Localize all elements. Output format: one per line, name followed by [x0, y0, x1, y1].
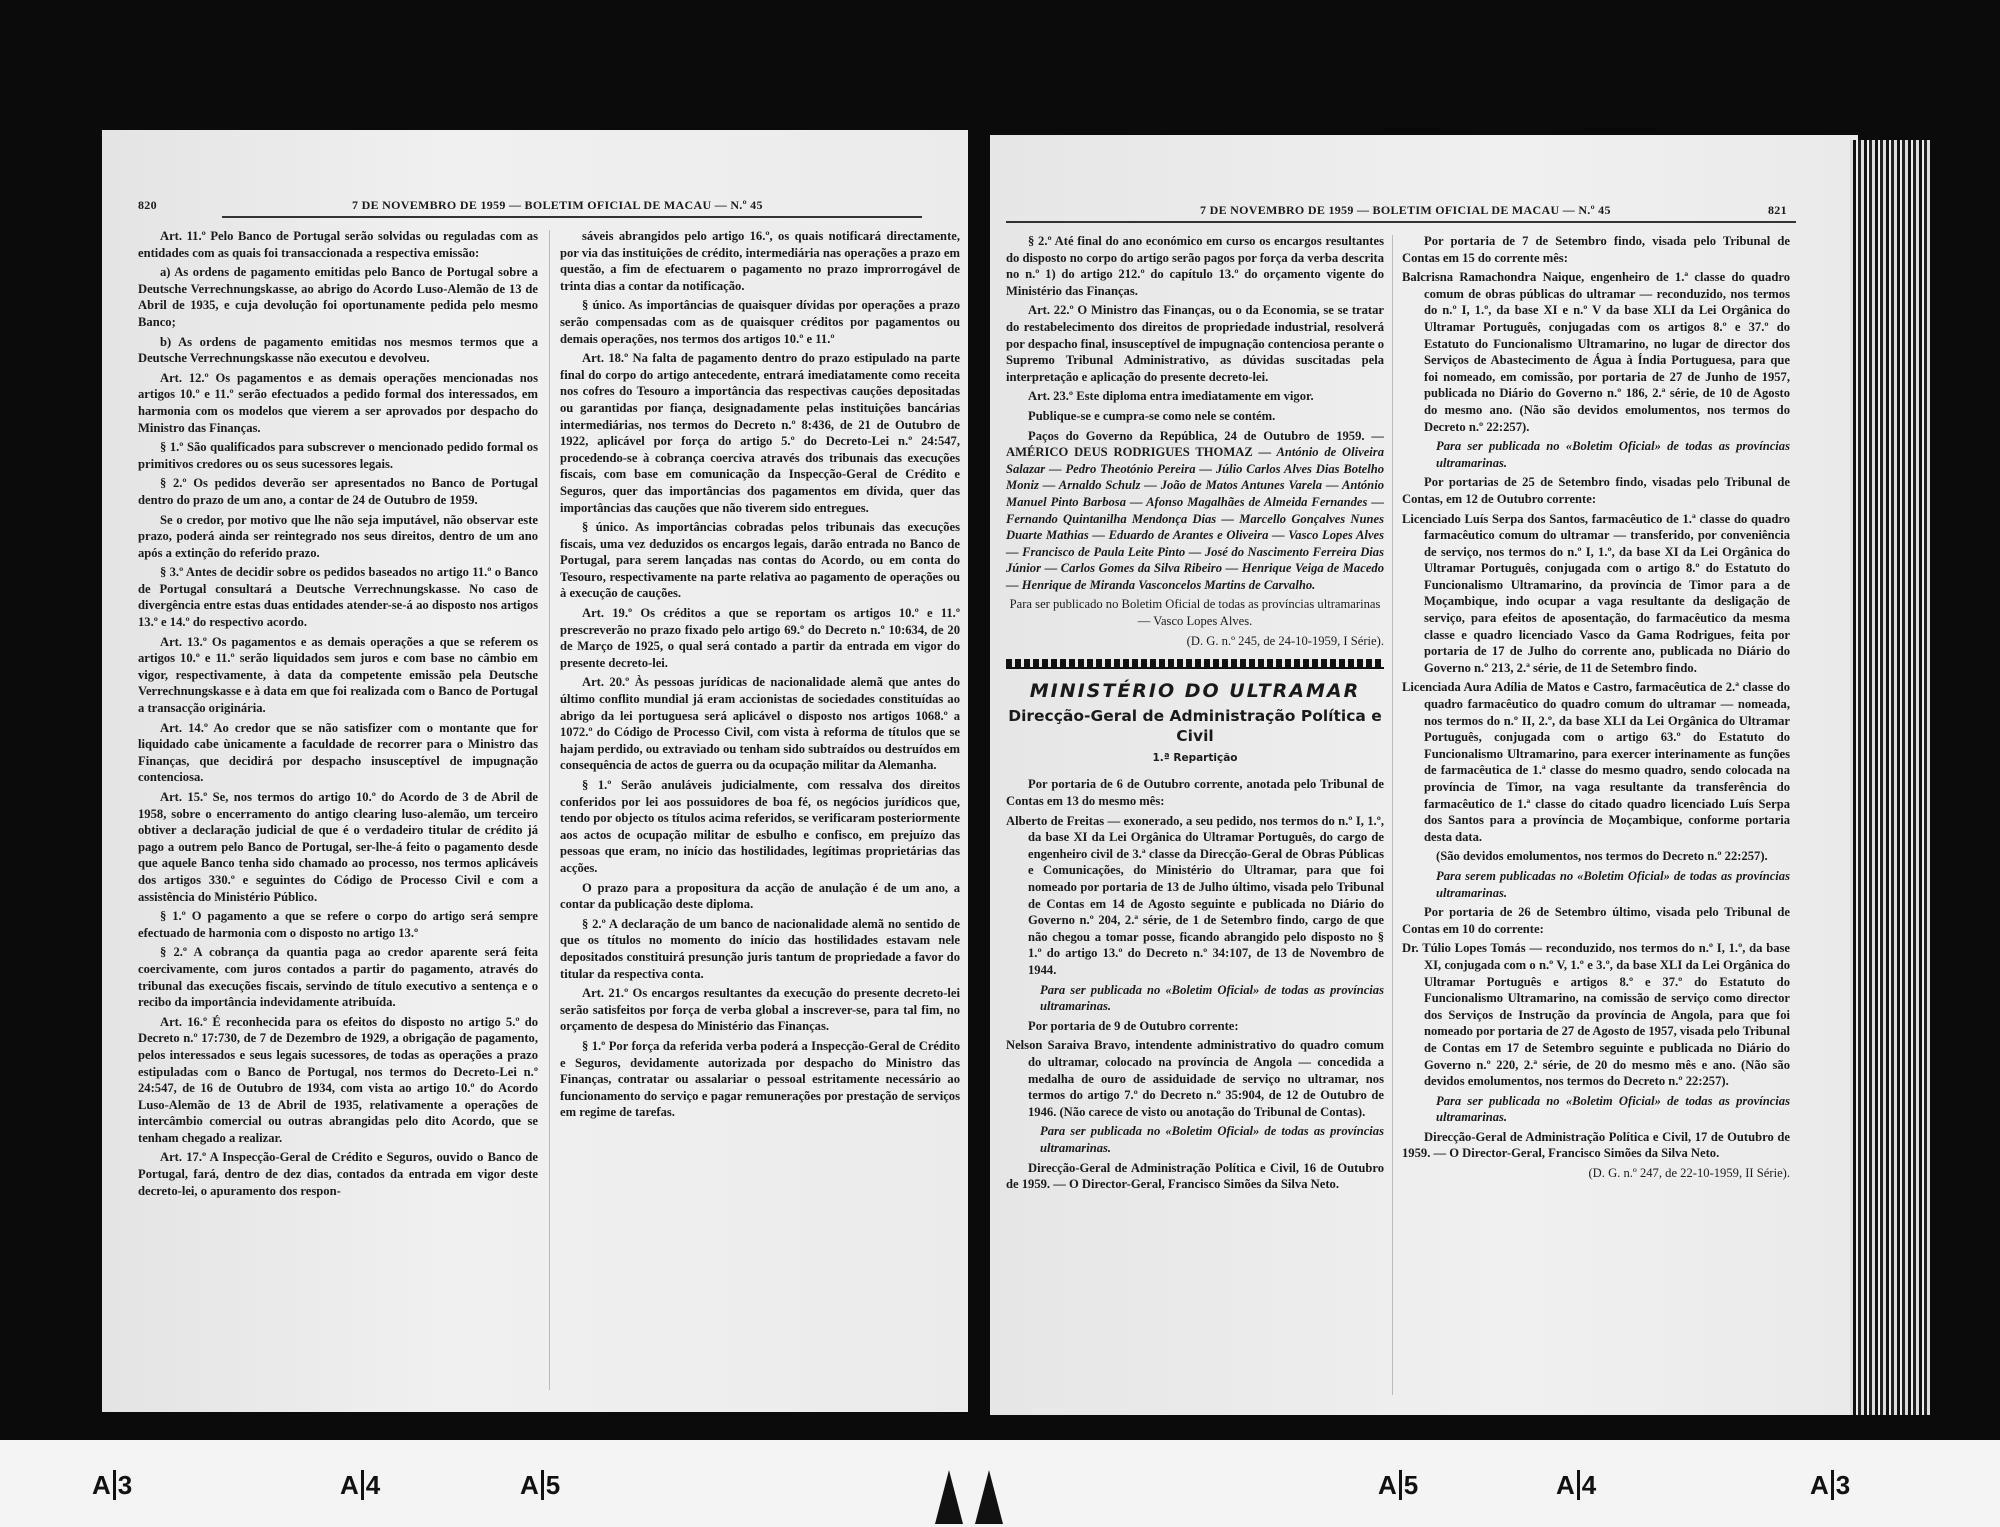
paragraph: Nelson Saraiva Bravo, intendente adminis… — [1006, 1037, 1384, 1120]
paragraph: Para serem publicadas no «Boletim Oficia… — [1402, 868, 1790, 901]
paragraph: (São devidos emolumentos, nos termos do … — [1402, 848, 1790, 865]
paragraph: Art. 19.º Os créditos a que se reportam … — [560, 605, 960, 671]
signature-block: Paços do Governo da República, 24 de Out… — [1006, 428, 1384, 594]
paragraph: Publique-se e cumpra-se como nele se con… — [1006, 408, 1384, 425]
paragraph: § 2.º Até final do ano económico em curs… — [1006, 233, 1384, 299]
section-divider — [1006, 659, 1384, 669]
right-page: 7 DE NOVEMBRO DE 1959 — BOLETIM OFICIAL … — [990, 135, 1858, 1420]
page-number-right: 821 — [1768, 203, 1787, 218]
paragraph: Art. 16.º É reconhecida para os efeitos … — [138, 1014, 538, 1147]
paragraph: b) As ordens de pagamento emitidas nos m… — [138, 334, 538, 367]
center-marker-left — [935, 1470, 963, 1524]
dg-reference: (D. G. n.º 245, de 24-10-1959, I Série). — [1006, 633, 1384, 650]
paragraph: O prazo para a propositura da acção de a… — [560, 880, 960, 913]
paragraph: Para ser publicada no «Boletim Oficial» … — [1006, 982, 1384, 1015]
paragraph: Art. 12.º Os pagamentos e as demais oper… — [138, 370, 538, 436]
column-divider — [549, 230, 550, 1390]
paragraph: § 2.º A declaração de um banco de nacion… — [560, 916, 960, 982]
paragraph: § 2.º Os pedidos deverão ser apresentado… — [138, 475, 538, 508]
paragraph: Art. 17.º A Inspecção-Geral de Crédito e… — [138, 1149, 538, 1199]
paragraph: Art. 11.º Pelo Banco de Portugal serão s… — [138, 228, 538, 261]
header-rule — [222, 216, 922, 218]
direction-title: Direcção-Geral de Administração Política… — [1006, 706, 1384, 746]
paragraph: § 1.º Por força da referida verba poderá… — [560, 1038, 960, 1121]
left-column-2: sáveis abrangidos pelo artigo 16.º, os q… — [560, 228, 960, 1124]
paragraph: Licenciado Luís Serpa dos Santos, farmac… — [1402, 511, 1790, 677]
paragraph: Art. 20.º Às pessoas jurídicas de nacion… — [560, 674, 960, 774]
paragraph: Art. 14.º Ao credor que se não satisfize… — [138, 720, 538, 786]
left-column-1: Art. 11.º Pelo Banco de Portugal serão s… — [138, 228, 538, 1202]
section-title: 1.ª Repartição — [1006, 750, 1384, 767]
ministry-title: MINISTÉRIO DO ULTRAMAR — [1006, 683, 1384, 700]
paragraph: sáveis abrangidos pelo artigo 16.º, os q… — [560, 228, 960, 294]
paragraph: § único. As importâncias de quaisquer dí… — [560, 297, 960, 347]
paragraph: Dr. Túlio Lopes Tomás — reconduzido, nos… — [1402, 940, 1790, 1089]
paragraph: Art. 18.º Na falta de pagamento dentro d… — [560, 350, 960, 516]
paragraph: Por portarias de 25 de Setembro findo, v… — [1402, 474, 1790, 507]
paragraph: Direcção-Geral de Administração Política… — [1402, 1129, 1790, 1162]
paragraph: Alberto de Freitas — exonerado, a seu pe… — [1006, 813, 1384, 979]
paragraph: § 1.º Serão anuláveis judicialmente, com… — [560, 777, 960, 877]
film-marker: A5 — [1378, 1470, 1418, 1501]
paragraph: a) As ordens de pagamento emitidas pelo … — [138, 264, 538, 330]
paragraph: § 1.º O pagamento a que se refere o corp… — [138, 908, 538, 941]
paragraph: Direcção-Geral de Administração Política… — [1006, 1160, 1384, 1193]
paragraph: § único. As importâncias cobradas pelos … — [560, 519, 960, 602]
column-divider — [1392, 235, 1393, 1395]
page-number-left: 820 — [138, 198, 157, 213]
paragraph: Para ser publicada no «Boletim Oficial» … — [1402, 1093, 1790, 1126]
film-marker: A4 — [1556, 1470, 1596, 1501]
paragraph: Art. 23.º Este diploma entra imediatamen… — [1006, 388, 1384, 405]
left-page: 820 7 DE NOVEMBRO DE 1959 — BOLETIM OFIC… — [102, 130, 972, 1412]
film-marker: A3 — [92, 1470, 132, 1501]
paragraph: Se o credor, por motivo que lhe não seja… — [138, 512, 538, 562]
paragraph: § 2.º A cobrança da quantia paga ao cred… — [138, 944, 538, 1010]
paragraph: § 1.º São qualificados para subscrever o… — [138, 439, 538, 472]
running-head-right: 7 DE NOVEMBRO DE 1959 — BOLETIM OFICIAL … — [1200, 203, 1611, 218]
film-marker: A4 — [340, 1470, 380, 1501]
paragraph: Art. 15.º Se, nos termos do artigo 10.º … — [138, 789, 538, 905]
paragraph: Balcrisna Ramachondra Naique, engenheiro… — [1402, 269, 1790, 435]
paragraph: Art. 22.º O Ministro das Finanças, ou o … — [1006, 302, 1384, 385]
film-marker: A3 — [1810, 1470, 1850, 1501]
paragraph: § 3.º Antes de decidir sobre os pedidos … — [138, 564, 538, 630]
paragraph: Por portaria de 9 de Outubro corrente: — [1006, 1018, 1384, 1035]
paragraph: Por portaria de 6 de Outubro corrente, a… — [1006, 776, 1384, 809]
page-edges — [1850, 140, 1930, 1430]
right-column-2: Por portaria de 7 de Setembro findo, vis… — [1402, 233, 1790, 1185]
running-head-left: 7 DE NOVEMBRO DE 1959 — BOLETIM OFICIAL … — [352, 198, 763, 213]
paragraph: Art. 13.º Os pagamentos e as demais oper… — [138, 634, 538, 717]
center-marker-right — [975, 1470, 1003, 1524]
header-rule — [1006, 221, 1796, 223]
paragraph: Por portaria de 7 de Setembro findo, vis… — [1402, 233, 1790, 266]
right-column-1: § 2.º Até final do ano económico em curs… — [1006, 233, 1384, 1196]
paragraph: Art. 21.º Os encargos resultantes da exe… — [560, 985, 960, 1035]
paragraph: Para ser publicada no «Boletim Oficial» … — [1006, 1123, 1384, 1156]
publication-note: Para ser publicado no Boletim Oficial de… — [1006, 596, 1384, 629]
paragraph: Por portaria de 26 de Setembro último, v… — [1402, 904, 1790, 937]
paragraph: Licenciada Aura Adília de Matos e Castro… — [1402, 679, 1790, 845]
film-marker: A5 — [520, 1470, 560, 1501]
paragraph: (D. G. n.º 247, de 22-10-1959, II Série)… — [1402, 1165, 1790, 1182]
paragraph: Para ser publicada no «Boletim Oficial» … — [1402, 438, 1790, 471]
